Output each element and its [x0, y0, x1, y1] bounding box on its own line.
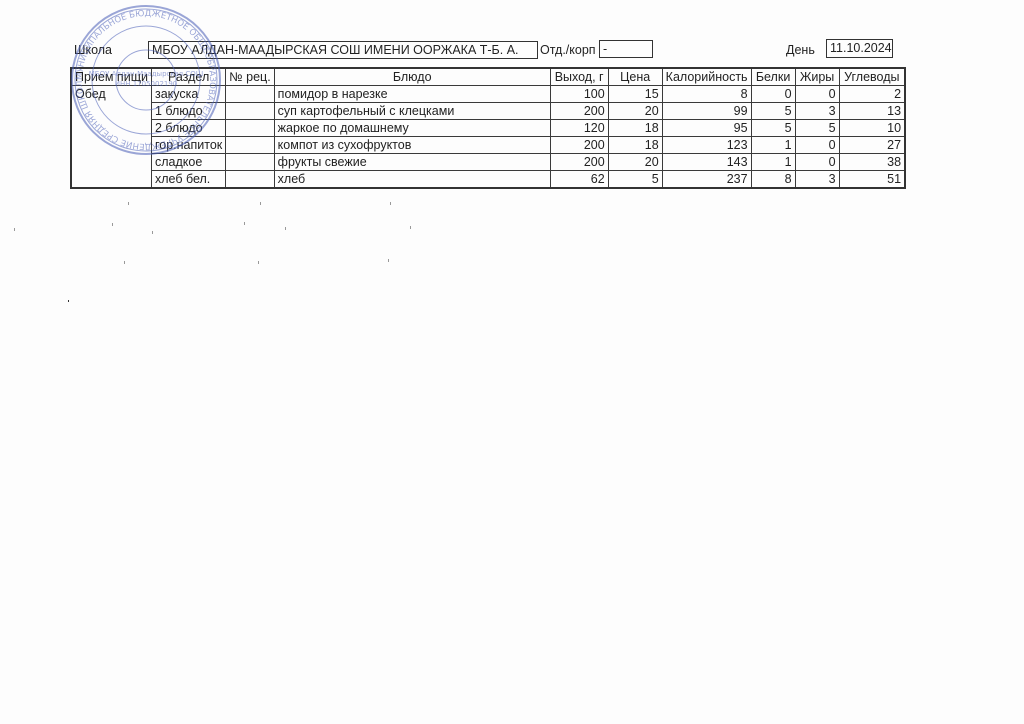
table-row: 2 блюдо жаркое по домашнему 120 18 95 5 …: [71, 120, 905, 137]
col-header-dish: Блюдо: [274, 68, 550, 86]
dish-cell: фрукты свежие: [274, 154, 550, 171]
proteins-cell: 5: [751, 103, 795, 120]
scan-artifact: [410, 226, 411, 229]
recipe-no-cell: [226, 137, 274, 154]
calories-cell: 99: [662, 103, 751, 120]
scan-artifact: [390, 202, 391, 205]
col-header-recipe-no: № рец.: [226, 68, 274, 86]
section-cell: гор.напиток: [151, 137, 225, 154]
proteins-cell: 5: [751, 120, 795, 137]
fats-cell: 3: [795, 103, 839, 120]
dish-cell: суп картофельный с клецками: [274, 103, 550, 120]
dept-field: -: [599, 40, 653, 58]
fats-cell: 5: [795, 120, 839, 137]
calories-cell: 143: [662, 154, 751, 171]
col-header-section: Раздел: [151, 68, 225, 86]
proteins-cell: 1: [751, 154, 795, 171]
table-row: сладкое фрукты свежие 200 20 143 1 0 38: [71, 154, 905, 171]
recipe-no-cell: [226, 103, 274, 120]
scanned-page: Школа МБОУ АЛДАН-МААДЫРСКАЯ СОШ ИМЕНИ ОО…: [0, 0, 1024, 724]
carbs-cell: 38: [839, 154, 905, 171]
proteins-cell: 8: [751, 171, 795, 189]
output-cell: 120: [550, 120, 608, 137]
scan-artifact: [258, 261, 259, 264]
scan-artifact: [112, 223, 113, 226]
output-cell: 100: [550, 86, 608, 103]
carbs-cell: 2: [839, 86, 905, 103]
scan-artifact: [68, 300, 69, 302]
scan-artifact: [285, 227, 286, 230]
col-header-meal: Прием пищи: [71, 68, 151, 86]
section-cell: хлеб бел.: [151, 171, 225, 189]
recipe-no-cell: [226, 86, 274, 103]
output-cell: 62: [550, 171, 608, 189]
dish-cell: жаркое по домашнему: [274, 120, 550, 137]
scan-artifact: [244, 222, 245, 225]
col-header-carbs: Углеводы: [839, 68, 905, 86]
recipe-no-cell: [226, 120, 274, 137]
scan-artifact: [388, 259, 389, 262]
proteins-cell: 0: [751, 86, 795, 103]
table-row: хлеб бел. хлеб 62 5 237 8 3 51: [71, 171, 905, 189]
calories-cell: 8: [662, 86, 751, 103]
dept-label: Отд./корп: [540, 41, 596, 59]
section-cell: закуска: [151, 86, 225, 103]
price-cell: 20: [608, 103, 662, 120]
scan-artifact: [14, 228, 15, 231]
scan-artifact: [152, 231, 153, 234]
day-label: День: [786, 41, 815, 59]
day-field: 11.10.2024: [826, 39, 893, 58]
dish-cell: хлеб: [274, 171, 550, 189]
col-header-output: Выход, г: [550, 68, 608, 86]
school-name-field: МБОУ АЛДАН-МААДЫРСКАЯ СОШ ИМЕНИ ООРЖАКА …: [148, 41, 538, 59]
meal-cell: Обед: [71, 86, 151, 189]
scan-artifact: [128, 202, 129, 205]
section-cell: 2 блюдо: [151, 120, 225, 137]
output-cell: 200: [550, 137, 608, 154]
dish-cell: помидор в нарезке: [274, 86, 550, 103]
fats-cell: 0: [795, 137, 839, 154]
menu-table: Прием пищи Раздел № рец. Блюдо Выход, г …: [70, 67, 906, 189]
dish-cell: компот из сухофруктов: [274, 137, 550, 154]
table-row: Обед закуска помидор в нарезке 100 15 8 …: [71, 86, 905, 103]
col-header-fats: Жиры: [795, 68, 839, 86]
proteins-cell: 1: [751, 137, 795, 154]
school-label: Школа: [74, 41, 112, 59]
price-cell: 15: [608, 86, 662, 103]
table-header-row: Прием пищи Раздел № рец. Блюдо Выход, г …: [71, 68, 905, 86]
recipe-no-cell: [226, 154, 274, 171]
col-header-price: Цена: [608, 68, 662, 86]
price-cell: 18: [608, 137, 662, 154]
fats-cell: 0: [795, 154, 839, 171]
price-cell: 18: [608, 120, 662, 137]
price-cell: 20: [608, 154, 662, 171]
section-cell: 1 блюдо: [151, 103, 225, 120]
col-header-calories: Калорийность: [662, 68, 751, 86]
scan-artifact: [260, 202, 261, 205]
carbs-cell: 10: [839, 120, 905, 137]
scan-artifact: [124, 261, 125, 264]
calories-cell: 123: [662, 137, 751, 154]
output-cell: 200: [550, 154, 608, 171]
table-row: 1 блюдо суп картофельный с клецками 200 …: [71, 103, 905, 120]
calories-cell: 237: [662, 171, 751, 189]
table-row: гор.напиток компот из сухофруктов 200 18…: [71, 137, 905, 154]
col-header-proteins: Белки: [751, 68, 795, 86]
carbs-cell: 27: [839, 137, 905, 154]
section-cell: сладкое: [151, 154, 225, 171]
fats-cell: 3: [795, 171, 839, 189]
recipe-no-cell: [226, 171, 274, 189]
carbs-cell: 13: [839, 103, 905, 120]
calories-cell: 95: [662, 120, 751, 137]
output-cell: 200: [550, 103, 608, 120]
fats-cell: 0: [795, 86, 839, 103]
price-cell: 5: [608, 171, 662, 189]
carbs-cell: 51: [839, 171, 905, 189]
